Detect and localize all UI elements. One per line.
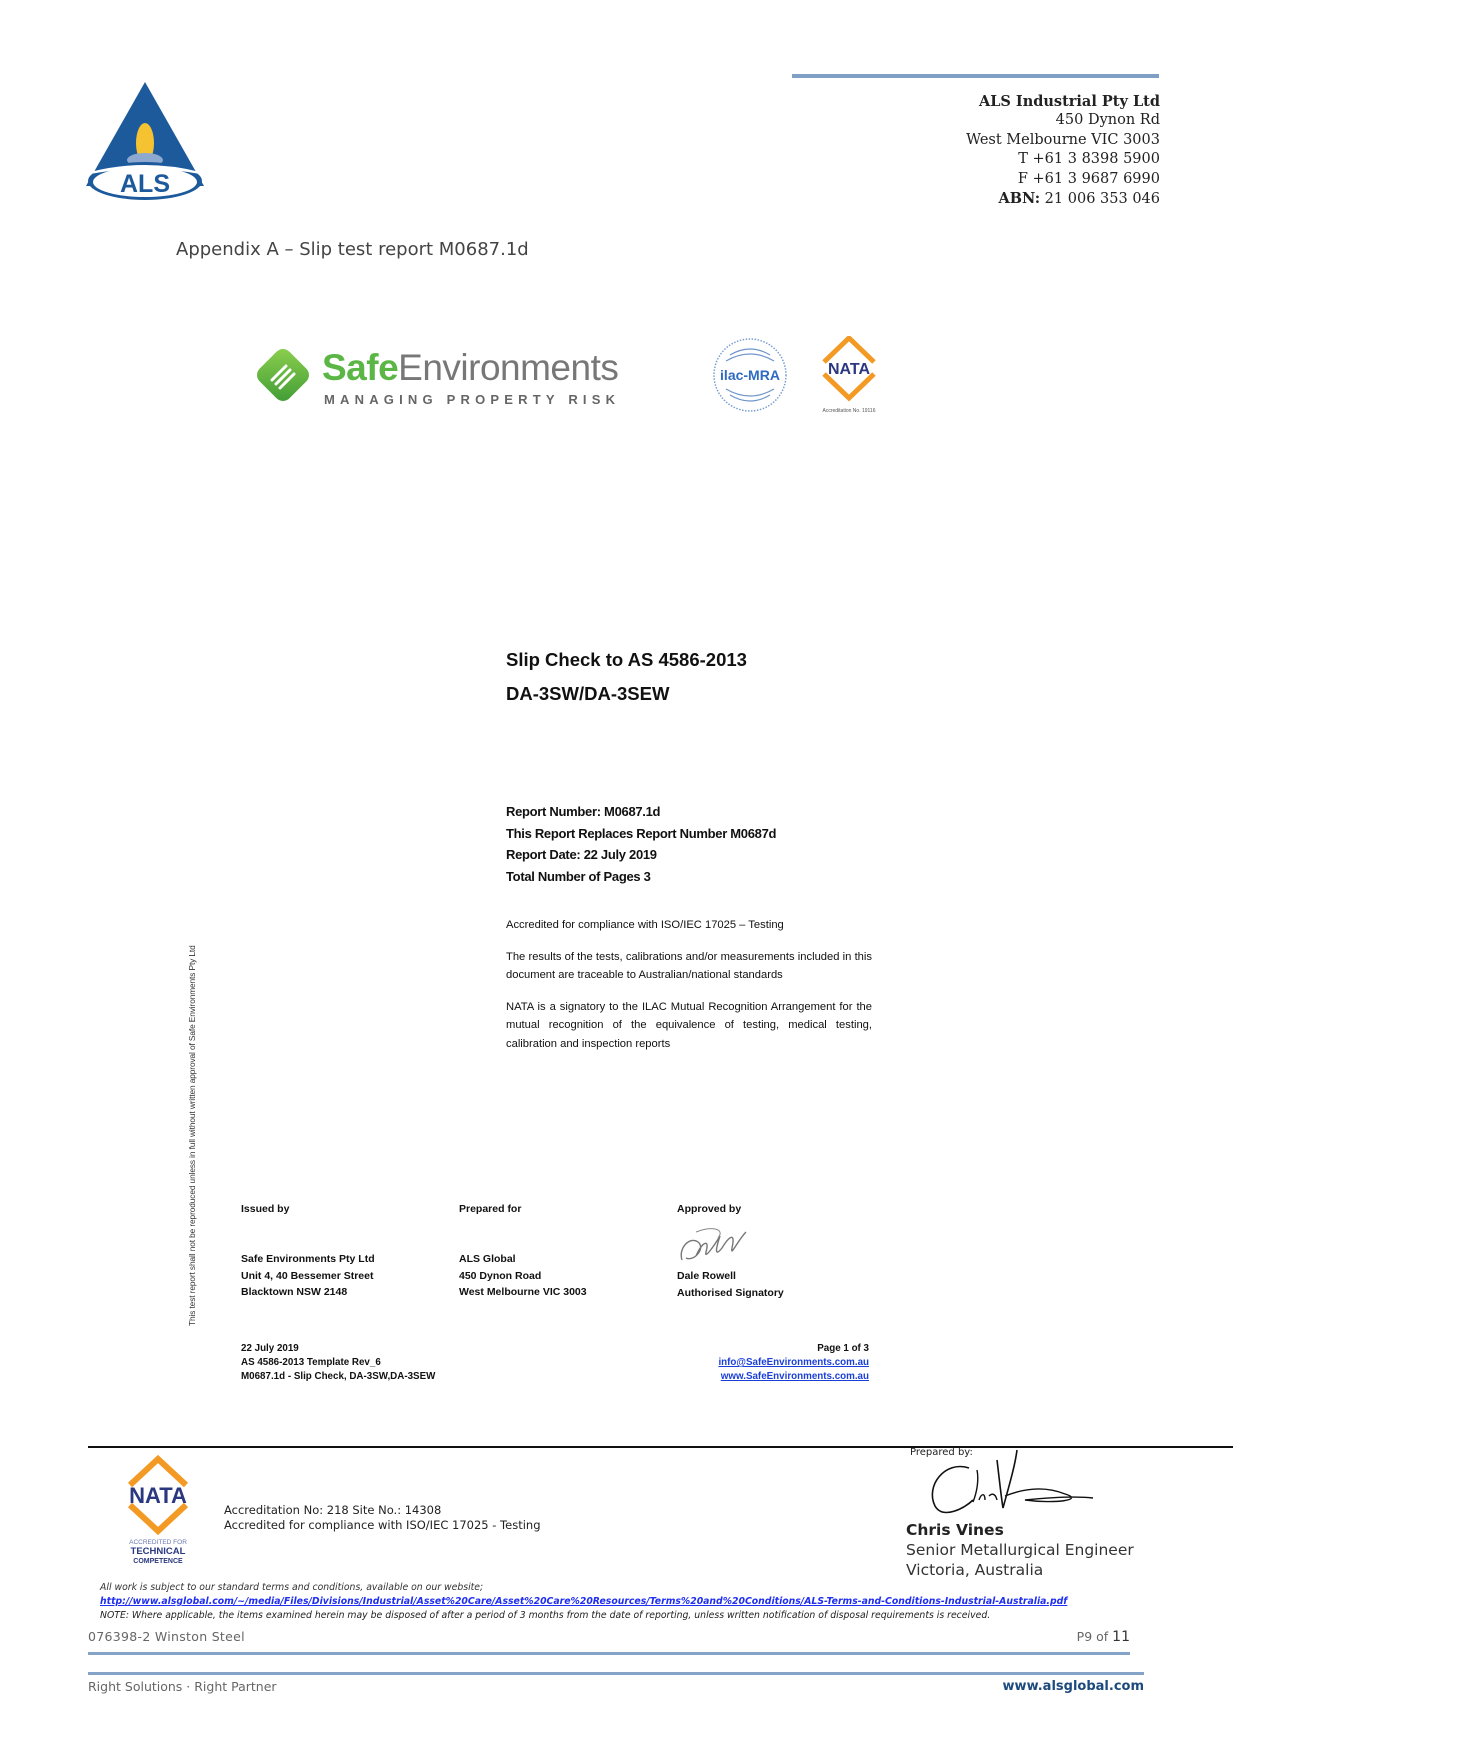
als-logo: ALS xyxy=(86,82,204,200)
preparer-name: Chris Vines xyxy=(906,1520,1134,1540)
footer-website[interactable]: www.alsglobal.com xyxy=(1003,1679,1144,1694)
report-title-line2: DA-3SW/DA-3SEW xyxy=(506,677,747,711)
prepared-for-block: Prepared for ALS Global 450 Dynon Road W… xyxy=(459,1203,587,1301)
accreditation-para-1: Accredited for compliance with ISO/IEC 1… xyxy=(506,916,872,935)
report-footer-right: Page 1 of 3 info@SafeEnvironments.com.au… xyxy=(718,1342,869,1384)
svg-text:ACCREDITED FOR: ACCREDITED FOR xyxy=(129,1539,187,1546)
wordmark-safe: Safe xyxy=(322,347,398,388)
svg-text:ilac-MRA: ilac-MRA xyxy=(720,367,780,383)
report-footer-left: 22 July 2019 AS 4586-2013 Template Rev_6… xyxy=(241,1342,435,1384)
signature-icon xyxy=(676,1222,756,1266)
report-title-line1: Slip Check to AS 4586-2013 xyxy=(506,643,747,677)
nata-logo-top: NATA Accreditation No. 19116 xyxy=(818,336,880,416)
prepared-for-line: 450 Dynon Road xyxy=(459,1268,587,1285)
accreditation-statement: Accredited for compliance with ISO/IEC 1… xyxy=(506,916,872,1066)
nata-icon: NATA Accreditation No. 19116 xyxy=(818,336,880,416)
accreditation-para-3: NATA is a signatory to the ILAC Mutual R… xyxy=(506,998,872,1054)
report-number: Report Number: M0687.1d xyxy=(506,801,776,823)
footer-accreditation: Accreditation No: 218 Site No.: 14308 Ac… xyxy=(224,1503,541,1533)
issued-by-line: Unit 4, 40 Bessemer Street xyxy=(241,1268,375,1285)
wordmark-environments: Environments xyxy=(398,347,618,388)
preparer-details: Chris Vines Senior Metallurgical Enginee… xyxy=(906,1520,1134,1580)
report-title: Slip Check to AS 4586-2013 DA-3SW/DA-3SE… xyxy=(506,643,747,711)
safe-environments-wordmark: SafeEnvironments xyxy=(322,347,618,389)
terms-block: All work is subject to our standard term… xyxy=(100,1581,1067,1623)
company-address-line1: 450 Dynon Rd xyxy=(966,111,1160,130)
report-meta: Report Number: M0687.1d This Report Repl… xyxy=(506,801,776,887)
svg-text:TECHNICAL: TECHNICAL xyxy=(131,1546,186,1557)
company-phone: T +61 3 8398 5900 xyxy=(966,150,1160,169)
footer-template: AS 4586-2013 Template Rev_6 xyxy=(241,1356,435,1370)
approved-by-heading: Approved by xyxy=(677,1203,784,1215)
company-name: ALS Industrial Pty Ltd xyxy=(966,92,1160,111)
preparer-signature xyxy=(915,1446,1135,1526)
footer-tagline: Right Solutions · Right Partner xyxy=(88,1679,277,1694)
svg-text:ALS: ALS xyxy=(120,170,170,198)
approver-signature xyxy=(676,1222,756,1266)
prepared-for-line: ALS Global xyxy=(459,1251,587,1268)
company-abn: ABN: 21 006 353 046 xyxy=(966,189,1160,209)
reproduction-notice: This test report shall not be reproduced… xyxy=(187,945,197,1326)
approver-title: Authorised Signatory xyxy=(677,1285,784,1302)
footer-date: 22 July 2019 xyxy=(241,1342,435,1356)
footer-doc-title: M0687.1d - Slip Check, DA-3SW,DA-3SEW xyxy=(241,1370,435,1384)
page-prefix: P9 of xyxy=(1077,1629,1113,1644)
abn-value: 21 006 353 046 xyxy=(1040,191,1160,207)
page-indicator: P9 of 11 xyxy=(1077,1629,1130,1645)
safe-environments-icon xyxy=(252,344,314,406)
website-link[interactable]: www.SafeEnvironments.com.au xyxy=(718,1370,869,1384)
page-total: 11 xyxy=(1112,1629,1130,1645)
report-replaces: This Report Replaces Report Number M0687… xyxy=(506,823,776,845)
issued-by-block: Issued by Safe Environments Pty Ltd Unit… xyxy=(241,1203,375,1301)
prepared-for-line: West Melbourne VIC 3003 xyxy=(459,1284,587,1301)
nata-accreditation-logo: NATA ACCREDITED FOR TECHNICAL COMPETENCE xyxy=(118,1455,198,1565)
als-logo-icon: ALS xyxy=(86,82,204,200)
svg-text:NATA: NATA xyxy=(129,1483,187,1508)
issued-by-heading: Issued by xyxy=(241,1203,375,1215)
footer-rule-lower xyxy=(88,1672,1144,1675)
company-address-line2: West Melbourne VIC 3003 xyxy=(966,131,1160,150)
appendix-title: Appendix A – Slip test report M0687.1d xyxy=(176,239,529,260)
approver-name: Dale Rowell xyxy=(677,1268,784,1285)
preparer-title: Senior Metallurgical Engineer xyxy=(906,1540,1134,1560)
svg-text:Accreditation No. 19116: Accreditation No. 19116 xyxy=(823,408,876,414)
prepared-for-heading: Prepared for xyxy=(459,1203,587,1215)
nata-badge-icon: NATA ACCREDITED FOR TECHNICAL COMPETENCE xyxy=(118,1455,198,1565)
report-page-number: Page 1 of 3 xyxy=(718,1342,869,1356)
safe-environments-logo-mark xyxy=(252,344,314,406)
issued-by-line: Safe Environments Pty Ltd xyxy=(241,1251,375,1268)
company-fax: F +61 3 9687 6990 xyxy=(966,170,1160,189)
company-address-block: ALS Industrial Pty Ltd 450 Dynon Rd West… xyxy=(966,92,1160,209)
email-link[interactable]: info@SafeEnvironments.com.au xyxy=(718,1356,869,1370)
footer-rule-upper xyxy=(88,1652,1130,1655)
accreditation-para-2: The results of the tests, calibrations a… xyxy=(506,948,872,985)
document-reference: 076398-2 Winston Steel xyxy=(88,1629,245,1644)
abn-label: ABN: xyxy=(998,190,1040,207)
svg-text:NATA: NATA xyxy=(828,361,871,378)
terms-link[interactable]: http://www.alsglobal.com/~/media/Files/D… xyxy=(100,1596,1067,1607)
header-rule xyxy=(792,74,1159,78)
terms-text: All work is subject to our standard term… xyxy=(100,1581,1067,1595)
accreditation-compliance: Accredited for compliance with ISO/IEC 1… xyxy=(224,1518,541,1533)
ilac-mra-logo: ilac-MRA xyxy=(712,337,788,413)
signature-icon xyxy=(915,1446,1135,1526)
issued-by-line: Blacktown NSW 2148 xyxy=(241,1284,375,1301)
disposal-note: NOTE: Where applicable, the items examin… xyxy=(100,1609,1067,1623)
report-date: Report Date: 22 July 2019 xyxy=(506,844,776,866)
svg-text:COMPETENCE: COMPETENCE xyxy=(133,1558,183,1565)
ilac-mra-icon: ilac-MRA xyxy=(712,337,788,413)
accreditation-number: Accreditation No: 218 Site No.: 14308 xyxy=(224,1503,541,1518)
report-total-pages: Total Number of Pages 3 xyxy=(506,866,776,888)
safe-environments-tagline: MANAGING PROPERTY RISK xyxy=(324,392,620,407)
preparer-location: Victoria, Australia xyxy=(906,1560,1134,1580)
